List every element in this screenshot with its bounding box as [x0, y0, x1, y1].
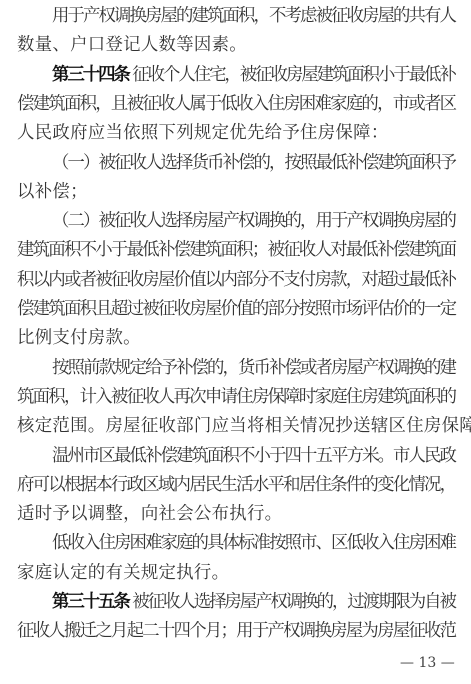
text-line: 以补偿；: [17, 177, 88, 207]
text-line: 偿建筑面积，且被征收人属于低收入住房困难家庭的，市或者区: [17, 89, 455, 119]
line-text: 家庭认定的有关规定执行。: [17, 563, 229, 583]
text-line: 比例支付房款。: [17, 323, 141, 353]
text-line: 偿建筑面积且超过被征收房屋价值的部分按照市场评估价的一定: [17, 294, 455, 324]
line-text: 积以内或者被征收房屋价值以内部分不支付房款，对超过最低补: [17, 270, 455, 290]
line-text: 按照前款规定给予补偿的，货币补偿或者房屋产权调换的建: [52, 358, 455, 378]
article-number: 第三十五条: [52, 592, 129, 612]
text-line: 家庭认定的有关规定执行。: [17, 558, 229, 588]
text-line: 筑面积，计入被征收人再次申请住房保障时家庭住房建筑面积的: [17, 382, 455, 412]
line-text: 低收入住房困难家庭的具体标准按照市、区低收入住房困难: [52, 533, 455, 553]
line-text: （二）被征收人选择房屋产权调换的，用于产权调换房屋的: [52, 211, 455, 231]
article-number: 第三十四条: [52, 65, 129, 85]
text-line: 人民政府应当依照下列规定优先给予住房保障：: [17, 118, 389, 148]
text-line: （二）被征收人选择房屋产权调换的，用于产权调换房屋的: [52, 206, 455, 236]
text-line: 用于产权调换房屋的建筑面积，不考虑被征收房屋的共有人: [52, 1, 455, 31]
line-text: 数量、户口登记人数等因素。: [17, 35, 247, 55]
text-line: 府可以根据本行政区域内居民生活水平和居住条件的变化情况，: [17, 470, 455, 500]
line-text: 适时予以调整，向社会公布执行。: [17, 504, 282, 524]
text-line: 低收入住房困难家庭的具体标准按照市、区低收入住房困难: [52, 528, 455, 558]
line-text: 偿建筑面积且超过被征收房屋价值的部分按照市场评估价的一定: [17, 299, 455, 319]
text-line: 按照前款规定给予补偿的，货币补偿或者房屋产权调换的建: [52, 353, 455, 383]
text-line: 温州市区最低补偿建筑面积不小于四十五平方米。市人民政: [52, 441, 455, 471]
line-text: 人民政府应当依照下列规定优先给予住房保障：: [17, 123, 389, 143]
line-text: 用于产权调换房屋的建筑面积，不考虑被征收房屋的共有人: [52, 6, 455, 26]
text-line: 征收人搬迁之月起二十四个月；用于产权调换房屋为房屋征收范: [17, 616, 455, 646]
article-34-heading: 第三十四条 征收个人住宅，被征收房屋建筑面积小于最低补: [52, 60, 455, 90]
line-text: 核定范围。房屋征收部门应当将相关情况抄送辖区住房保障部门。: [17, 416, 471, 436]
text-line: 适时予以调整，向社会公布执行。: [17, 499, 282, 529]
line-text: 府可以根据本行政区域内居民生活水平和居住条件的变化情况，: [17, 475, 455, 495]
line-text: 征收个人住宅，被征收房屋建筑面积小于最低补: [129, 65, 455, 85]
text-line: 建筑面积不小于最低补偿建筑面积；被征收人对最低补偿建筑面: [17, 235, 455, 265]
text-line: （一）被征收人选择货币补偿的，按照最低补偿建筑面积予: [52, 148, 455, 178]
line-text: 建筑面积不小于最低补偿建筑面积；被征收人对最低补偿建筑面: [17, 240, 455, 260]
line-text: 比例支付房款。: [17, 328, 141, 348]
page-number: — 13 —: [400, 652, 455, 674]
line-text: 以补偿；: [17, 182, 88, 202]
line-text: 被征收人选择房屋产权调换的，过渡期限为自被: [129, 592, 455, 612]
text-line: 数量、户口登记人数等因素。: [17, 30, 247, 60]
article-35-heading: 第三十五条 被征收人选择房屋产权调换的，过渡期限为自被: [52, 587, 455, 617]
text-line: 核定范围。房屋征收部门应当将相关情况抄送辖区住房保障部门。: [17, 411, 471, 441]
line-text: （一）被征收人选择货币补偿的，按照最低补偿建筑面积予: [52, 153, 455, 173]
line-text: 征收人搬迁之月起二十四个月；用于产权调换房屋为房屋征收范: [17, 621, 455, 641]
text-line: 积以内或者被征收房屋价值以内部分不支付房款，对超过最低补: [17, 265, 455, 295]
line-text: 筑面积，计入被征收人再次申请住房保障时家庭住房建筑面积的: [17, 387, 455, 407]
line-text: 偿建筑面积，且被征收人属于低收入住房困难家庭的，市或者区: [17, 94, 455, 114]
line-text: 温州市区最低补偿建筑面积不小于四十五平方米。市人民政: [52, 446, 455, 466]
